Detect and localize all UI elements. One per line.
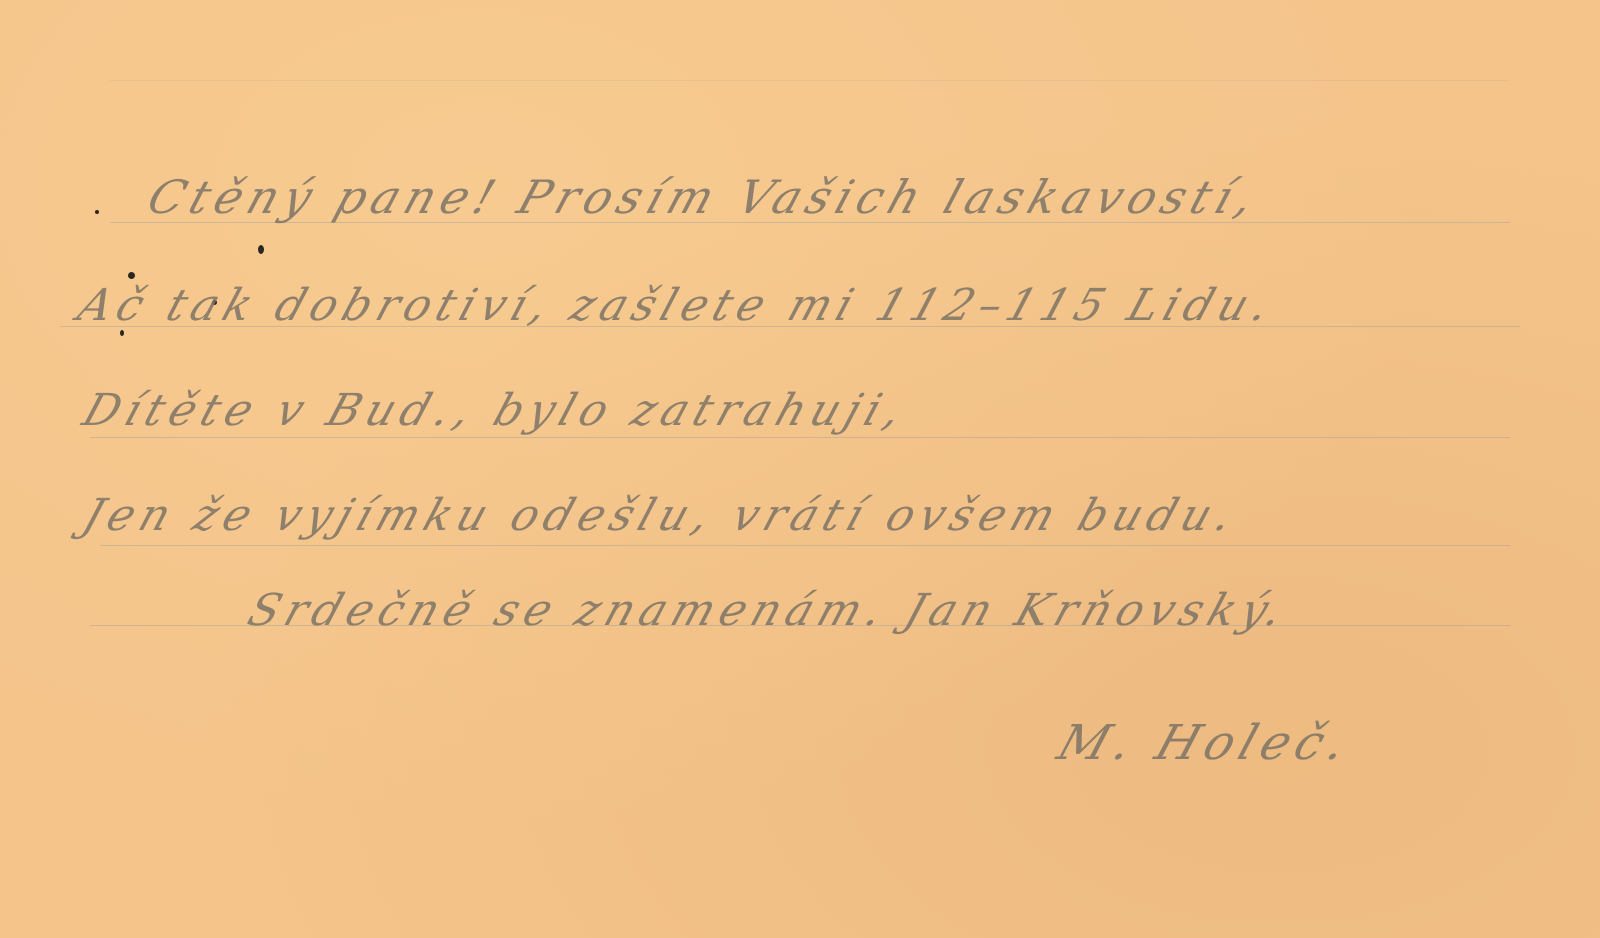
letter-line-4: Jen že vyjímku odešlu, vrátí ovšem budu. xyxy=(77,490,1245,541)
letter-line-1: Ctěný pane! Prosím Vašich laskavostí, xyxy=(141,170,1267,224)
ink-blot xyxy=(258,245,264,254)
ink-blot xyxy=(95,210,99,214)
letter-line-3: Dítěte v Bud., bylo zatrahuji, xyxy=(77,385,914,436)
ink-blot xyxy=(128,272,135,279)
ruled-line xyxy=(90,437,1510,438)
letter-line-5: Srdečně se znamenám. Jan Krňovský. xyxy=(242,585,1295,636)
letter-paper: Ctěný pane! Prosím Vašich laskavostí, Ač… xyxy=(0,0,1600,938)
ruled-line xyxy=(100,545,1510,546)
signature: M. Holeč. xyxy=(1051,715,1360,771)
ruled-line xyxy=(110,80,1510,81)
letter-line-2: Ač tak dobrotiví, zašlete mi 112–115 Lid… xyxy=(72,280,1282,331)
